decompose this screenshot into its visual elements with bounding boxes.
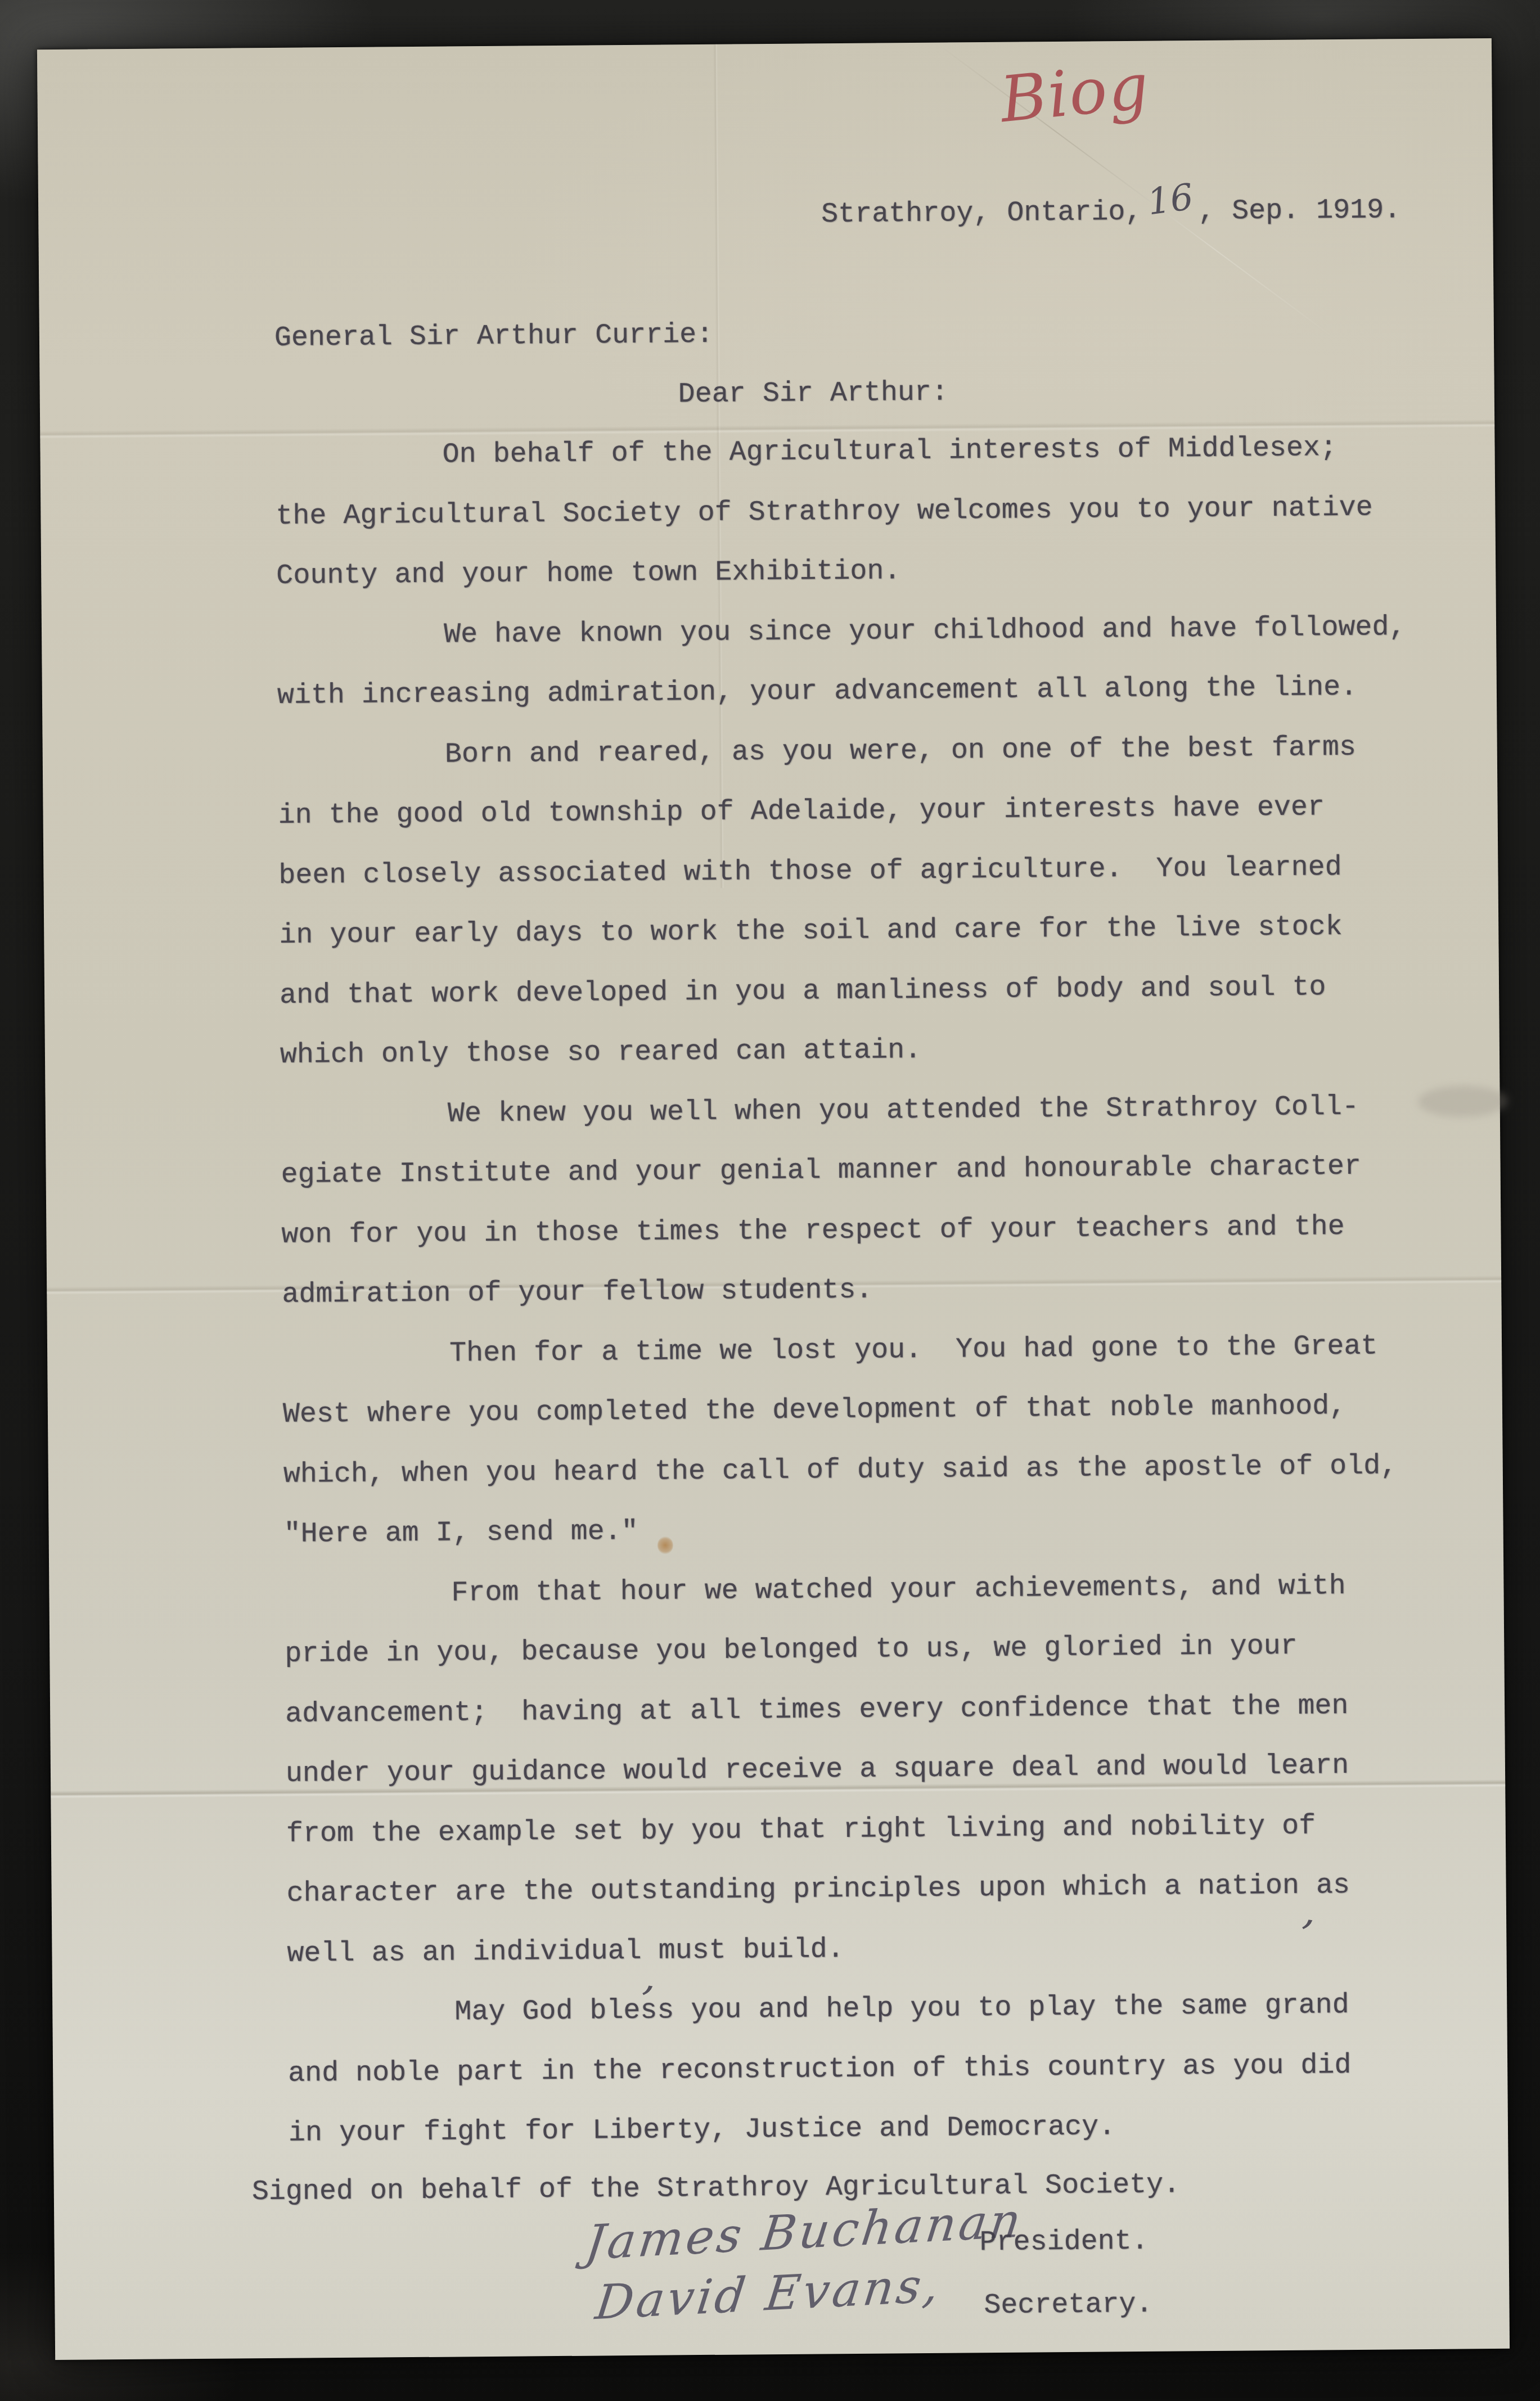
dateline-handwritten-day: 16 [1145, 176, 1196, 223]
letter-line: Born and reared, as you were, on one of … [445, 734, 1357, 769]
letter-line: County and your home town Exhibition. [276, 557, 901, 591]
letter-line: from the example set by you that right l… [286, 1812, 1316, 1848]
dateline-prefix: Strathroy, Ontario, [821, 199, 1142, 229]
letter-line: egiate Institute and your genial manner … [281, 1153, 1361, 1190]
letter-line: From that hour we watched your achieveme… [451, 1573, 1346, 1607]
president-title: President. [979, 2228, 1148, 2257]
letter-line: won for you in those times the respect o… [281, 1213, 1345, 1250]
secretary-title: Secretary. [984, 2291, 1152, 2320]
closing-line: Signed on behalf of the Strathroy Agricu… [252, 2171, 1181, 2206]
letter-line: been closely associated with those of ag… [278, 854, 1342, 890]
letter-line: admiration of your fellow students. [282, 1277, 873, 1309]
letter-line: in your fight for Liberty, Justice and D… [289, 2113, 1116, 2148]
letter-line: the Agricultural Society of Strathroy we… [276, 494, 1373, 531]
letter-line: advancement; having at all times every c… [285, 1692, 1349, 1729]
letter-line: "Here am I, send me." [283, 1518, 638, 1549]
paper-smudge [1417, 1085, 1507, 1118]
letter-page: Biog Strathroy, Ontario, 16 , Sep. 1919.… [37, 38, 1510, 2360]
letter-line: in your early days to work the soil and … [279, 913, 1343, 950]
letter-line: and that work developed in you a manline… [280, 974, 1326, 1010]
letter-line: which only those so reared can attain. [280, 1037, 922, 1070]
letter-line: character are the outstanding principles… [286, 1872, 1350, 1908]
letter-line: under your guidance would receive a squa… [286, 1752, 1349, 1789]
letter-line: and noble part in the reconstruction of … [288, 2052, 1352, 2088]
letter-line: well as an individual must build. [287, 1936, 844, 1968]
letter-line: Then for a time we lost you. You had gon… [449, 1333, 1378, 1368]
letter-line: pride in you, because you belonged to us… [285, 1633, 1298, 1669]
letter-line: On behalf of the Agricultural interests … [442, 434, 1337, 469]
dateline-suffix: , Sep. 1919. [1198, 196, 1401, 226]
recipient-line: General Sir Arthur Currie: [274, 321, 714, 353]
letter-line: West where you completed the development… [283, 1393, 1347, 1429]
letter-line: May God bless you and help you to play t… [454, 1992, 1349, 2026]
letter-line: We have known you since your childhood a… [444, 614, 1406, 649]
secretary-signature: David Evans, [593, 2261, 944, 2326]
letter-line: with increasing admiration, your advance… [277, 674, 1358, 710]
red-annotation: Biog [998, 55, 1152, 132]
letter-line: We knew you well when you attended the S… [448, 1093, 1359, 1129]
letter-line: which, when you heard the call of duty s… [283, 1452, 1398, 1489]
president-signature: James Buchanan [583, 2196, 1026, 2267]
ink-stain [658, 1536, 673, 1554]
salutation-line: Dear Sir Arthur: [678, 379, 948, 409]
letter-line: in the good old township of Adelaide, yo… [278, 794, 1325, 830]
